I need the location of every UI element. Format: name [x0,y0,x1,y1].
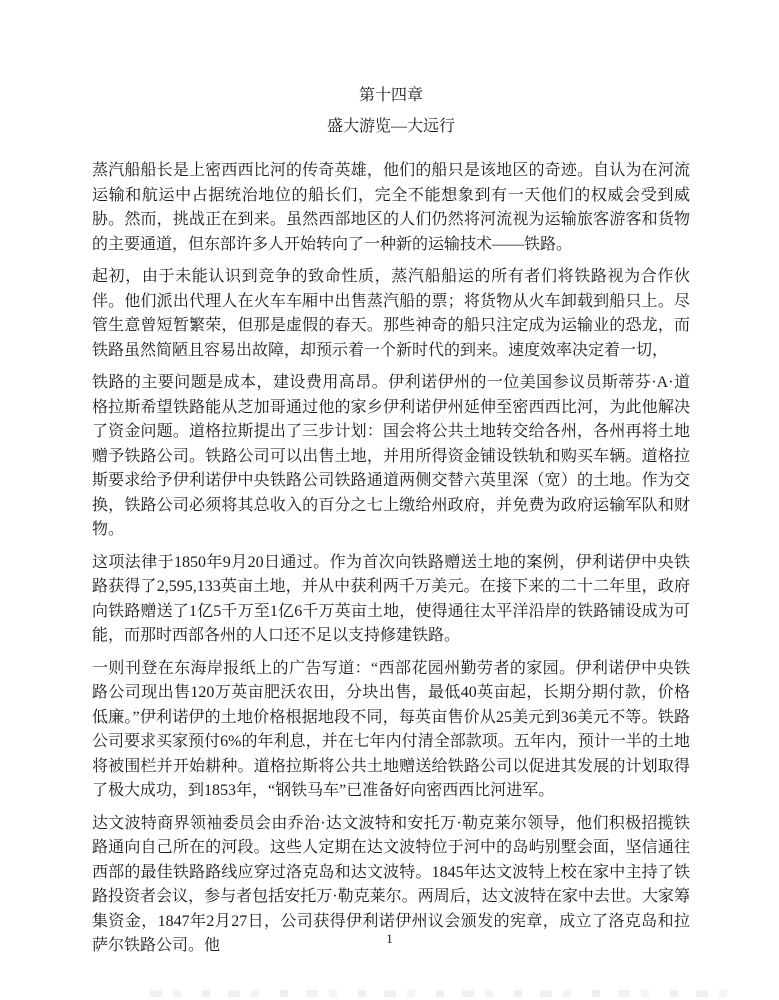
paragraph-steamboat-captains: 蒸汽船船长是上密西西比河的传奇英雄，他们的船只是该地区的奇迹。自认为在河流运输和… [92,159,690,257]
page-content: 第十四章 盛大游览—大远行 蒸汽船船长是上密西西比河的传奇英雄，他们的船只是该地… [92,86,690,967]
paragraph-railroad-partners: 起初，由于未能认识到竞争的致命性质，蒸汽船船运的所有者们将铁路视为合作伙伴。他们… [92,265,690,363]
document-page: 第十四章 盛大游览—大远行 蒸汽船船长是上密西西比河的传奇英雄，他们的船只是该地… [0,0,779,1000]
paragraph-land-grant-law: 这项法律于1850年9月20日通过。作为首次向铁路赠送土地的案例，伊利诺伊中央铁… [92,551,690,649]
section-title: 盛大游览—大远行 [92,117,690,136]
chapter-title: 第十四章 [92,86,690,105]
paragraph-douglas-plan: 铁路的主要问题是成本，建设费用高昂。伊利诺伊州的一位美国参议员斯蒂芬·A·道格拉… [92,371,690,543]
next-page-text-fragment [150,990,734,997]
paragraph-land-advertisement: 一则刊登在东海岸报纸上的广告写道：“西部花园州勤劳者的家园。伊利诺伊中央铁路公司… [92,657,690,804]
page-number: 1 [0,931,779,946]
